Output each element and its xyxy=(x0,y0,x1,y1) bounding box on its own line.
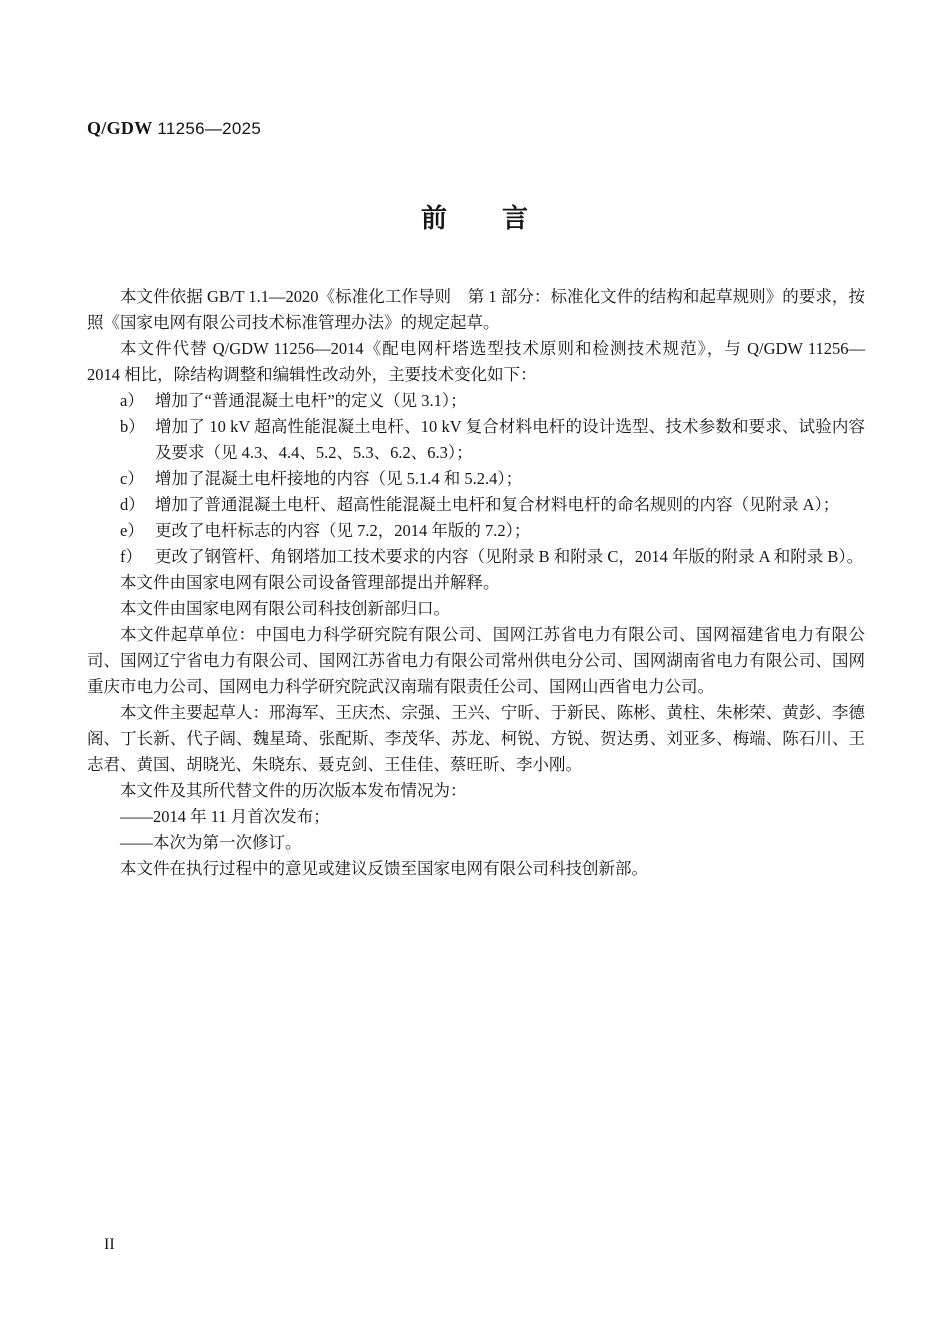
intro-paragraph: 本文件代替 Q/GDW 11256—2014《配电网杆塔选型技术原则和检测技术规… xyxy=(87,336,865,388)
change-item-text: 更改了电杆标志的内容（见 7.2，2014 年版的 7.2）； xyxy=(155,521,530,540)
standard-code-prefix: Q/GDW xyxy=(87,118,153,138)
change-item-label: f） xyxy=(120,544,155,570)
page-title: 前 言 xyxy=(0,198,950,235)
drafting-organizations-paragraph: 本文件起草单位：中国电力科学研究院有限公司、国网江苏省电力有限公司、国网福建省电… xyxy=(87,622,865,700)
change-item-label: a） xyxy=(120,388,155,414)
change-item-label: d） xyxy=(120,492,155,518)
version-history-item: ——2014 年 11 月首次发布； xyxy=(87,804,865,830)
version-history-item: ——本次为第一次修订。 xyxy=(87,830,865,856)
attribution-paragraph: 本文件由国家电网有限公司设备管理部提出并解释。 xyxy=(87,570,865,596)
change-item-label: b） xyxy=(120,414,155,440)
change-item-label: c） xyxy=(120,466,155,492)
change-list-item: d）增加了普通混凝土电杆、超高性能混凝土电杆和复合材料电杆的命名规则的内容（见附… xyxy=(87,492,865,518)
drafters-paragraph: 本文件主要起草人：邢海军、王庆杰、宗强、王兴、宁昕、于新民、陈彬、黄柱、朱彬荣、… xyxy=(87,700,865,778)
foreword-content: 本文件依据 GB/T 1.1—2020《标准化工作导则 第 1 部分：标准化文件… xyxy=(87,284,865,882)
feedback-paragraph: 本文件在执行过程中的意见或建议反馈至国家电网有限公司科技创新部。 xyxy=(87,856,865,882)
version-history-intro: 本文件及其所代替文件的历次版本发布情况为： xyxy=(87,778,865,804)
change-item-text: 增加了 10 kV 超高性能混凝土电杆、10 kV 复合材料电杆的设计选型、技术… xyxy=(155,417,865,462)
change-list-item: f）更改了钢管杆、角钢塔加工技术要求的内容（见附录 B 和附录 C，2014 年… xyxy=(87,544,865,570)
change-list-item: c）增加了混凝土电杆接地的内容（见 5.1.4 和 5.2.4）； xyxy=(87,466,865,492)
standard-code-number: 11256—2025 xyxy=(157,119,261,138)
change-item-text: 增加了“普通混凝土电杆”的定义（见 3.1）； xyxy=(155,391,467,410)
standard-code-header: Q/GDW 11256—2025 xyxy=(87,118,261,139)
change-item-text: 增加了混凝土电杆接地的内容（见 5.1.4 和 5.2.4）； xyxy=(155,469,522,488)
document-page: Q/GDW 11256—2025 前 言 本文件依据 GB/T 1.1—2020… xyxy=(0,0,950,1344)
change-item-label: e） xyxy=(120,518,155,544)
attribution-paragraph: 本文件由国家电网有限公司科技创新部归口。 xyxy=(87,596,865,622)
change-list-item: a）增加了“普通混凝土电杆”的定义（见 3.1）； xyxy=(87,388,865,414)
change-list-item: e）更改了电杆标志的内容（见 7.2，2014 年版的 7.2）； xyxy=(87,518,865,544)
page-number: II xyxy=(104,1236,115,1254)
change-item-text: 更改了钢管杆、角钢塔加工技术要求的内容（见附录 B 和附录 C，2014 年版的… xyxy=(155,547,863,566)
change-item-text: 增加了普通混凝土电杆、超高性能混凝土电杆和复合材料电杆的命名规则的内容（见附录 … xyxy=(155,495,839,514)
change-list-item: b）增加了 10 kV 超高性能混凝土电杆、10 kV 复合材料电杆的设计选型、… xyxy=(87,414,865,466)
intro-paragraph: 本文件依据 GB/T 1.1—2020《标准化工作导则 第 1 部分：标准化文件… xyxy=(87,284,865,336)
